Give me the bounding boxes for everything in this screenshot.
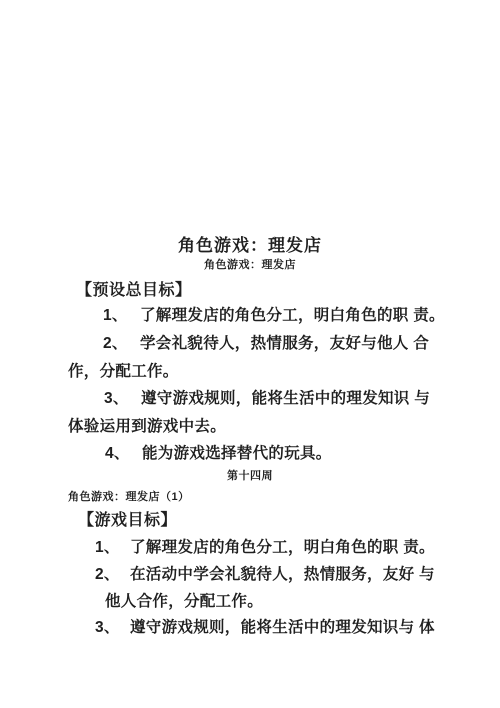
list-item: 1、了解理发店的角色分工，明白角色的职 责。	[95, 538, 435, 557]
list-item-continuation: 体验运用到游戏中去。	[68, 417, 226, 436]
list-item-text: 遵守游戏规则，能将生活中的理发知识与 体	[130, 619, 435, 636]
list-item-text: 能为游戏选择替代的玩具。	[142, 445, 332, 462]
list-item: 3、遵守游戏规则，能将生活中的理发知识 与	[104, 389, 430, 408]
section-heading-preset-goals: 【预设总目标】	[76, 281, 192, 300]
document-page: 角色游戏：理发店 角色游戏：理发店 【预设总目标】 1、了解理发店的角色分工，明…	[0, 0, 500, 708]
list-item-text: 在活动中学会礼貌待人，热情服务，友好 与	[130, 566, 435, 583]
list-number: 1、	[103, 306, 140, 325]
page-title: 角色游戏：理发店	[0, 236, 500, 256]
list-item: 1、了解理发店的角色分工，明白角色的职 责。	[103, 306, 445, 325]
list-number: 3、	[95, 618, 130, 637]
list-item-text: 遵守游戏规则，能将生活中的理发知识 与	[141, 390, 430, 407]
list-item-text: 了解理发店的角色分工，明白角色的职 责。	[140, 307, 445, 324]
list-item-continuation: 他人合作，分配工作。	[105, 592, 263, 611]
list-item: 2、学会礼貌待人，热情服务，友好与他人 合	[103, 334, 429, 353]
list-item-text: 了解理发店的角色分工，明白角色的职 责。	[130, 539, 435, 556]
list-number: 2、	[95, 565, 130, 584]
list-number: 3、	[104, 389, 141, 408]
section-heading-game-goals: 【游戏目标】	[78, 511, 177, 530]
list-item: 3、遵守游戏规则，能将生活中的理发知识与 体	[95, 618, 435, 637]
list-item-text: 学会礼貌待人，热情服务，友好与他人 合	[140, 335, 429, 352]
list-item: 2、在活动中学会礼貌待人，热情服务，友好 与	[95, 565, 435, 584]
list-number: 2、	[103, 334, 140, 353]
list-number: 1、	[95, 538, 130, 557]
list-item: 4、能为游戏选择替代的玩具。	[105, 444, 332, 463]
doc-label: 角色游戏：理发店（1）	[68, 491, 190, 503]
list-item-continuation: 作，分配工作。	[68, 362, 179, 381]
list-number: 4、	[105, 444, 142, 463]
week-label: 第十四周	[0, 470, 500, 482]
page-subtitle: 角色游戏：理发店	[0, 259, 500, 271]
